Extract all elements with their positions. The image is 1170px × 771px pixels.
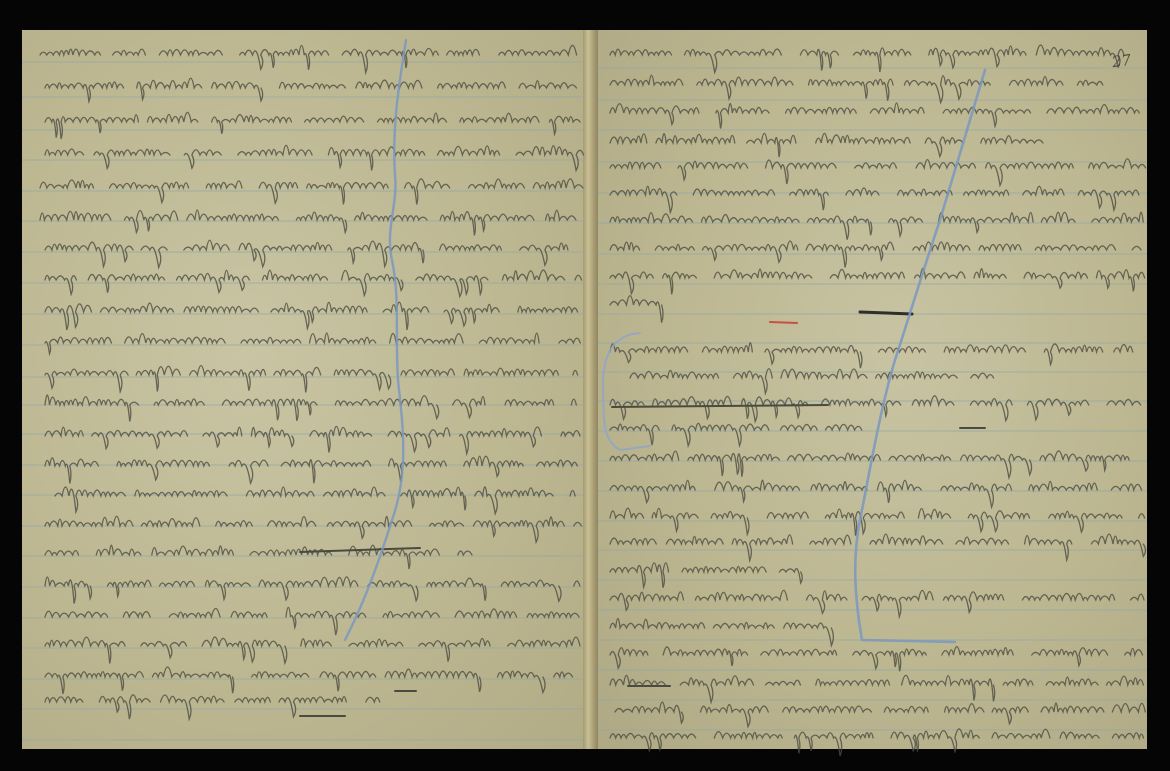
notebook-spine (583, 30, 598, 749)
left-notebook-page (22, 30, 583, 749)
page-number: 27 (1111, 51, 1132, 71)
right-notebook-page (598, 30, 1147, 749)
